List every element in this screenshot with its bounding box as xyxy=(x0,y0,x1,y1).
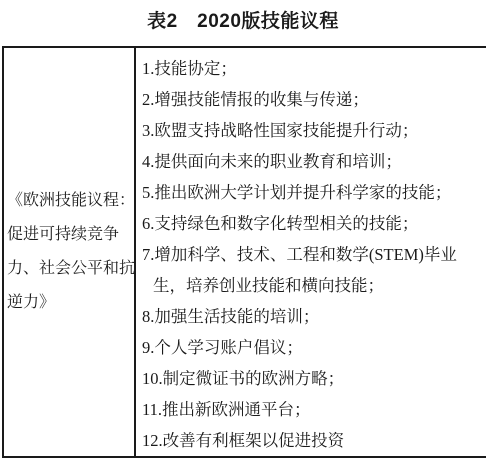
agenda-item-11: 11.推出新欧洲通平台； xyxy=(142,394,486,425)
agenda-item-2: 2.增强技能情报的收集与传递； xyxy=(142,84,486,115)
agenda-item-1: 1.技能协定； xyxy=(142,53,486,84)
agenda-item-7: 7.增加科学、技术、工程和数学(STEM)毕业 生，培养创业技能和横向技能； xyxy=(142,239,486,301)
skills-agenda-table: 《欧洲技能议程： 促进可持续竞争 力、社会公平和抗 逆力》 1.技能协定； 2.… xyxy=(2,46,486,458)
agenda-item-6: 6.支持绿色和数字化转型相关的技能； xyxy=(142,208,486,239)
table-caption: 表2 2020版技能议程 xyxy=(0,6,486,33)
agenda-item-4: 4.提供面向未来的职业教育和培训； xyxy=(142,146,486,177)
table-cell-agenda-title: 《欧洲技能议程： 促进可持续竞争 力、社会公平和抗 逆力》 xyxy=(4,48,136,456)
agenda-item-12: 12.改善有利框架以促进投资 xyxy=(142,425,486,456)
agenda-item-8: 8.加强生活技能的培训； xyxy=(142,301,486,332)
agenda-item-10: 10.制定微证书的欧洲方略； xyxy=(142,363,486,394)
agenda-item-9: 9.个人学习账户倡议； xyxy=(142,332,486,363)
agenda-item-3: 3.欧盟支持战略性国家技能提升行动； xyxy=(142,115,486,146)
agenda-item-5: 5.推出欧洲大学计划并提升科学家的技能； xyxy=(142,177,486,208)
table-cell-agenda-items: 1.技能协定； 2.增强技能情报的收集与传递； 3.欧盟支持战略性国家技能提升行… xyxy=(136,48,486,456)
